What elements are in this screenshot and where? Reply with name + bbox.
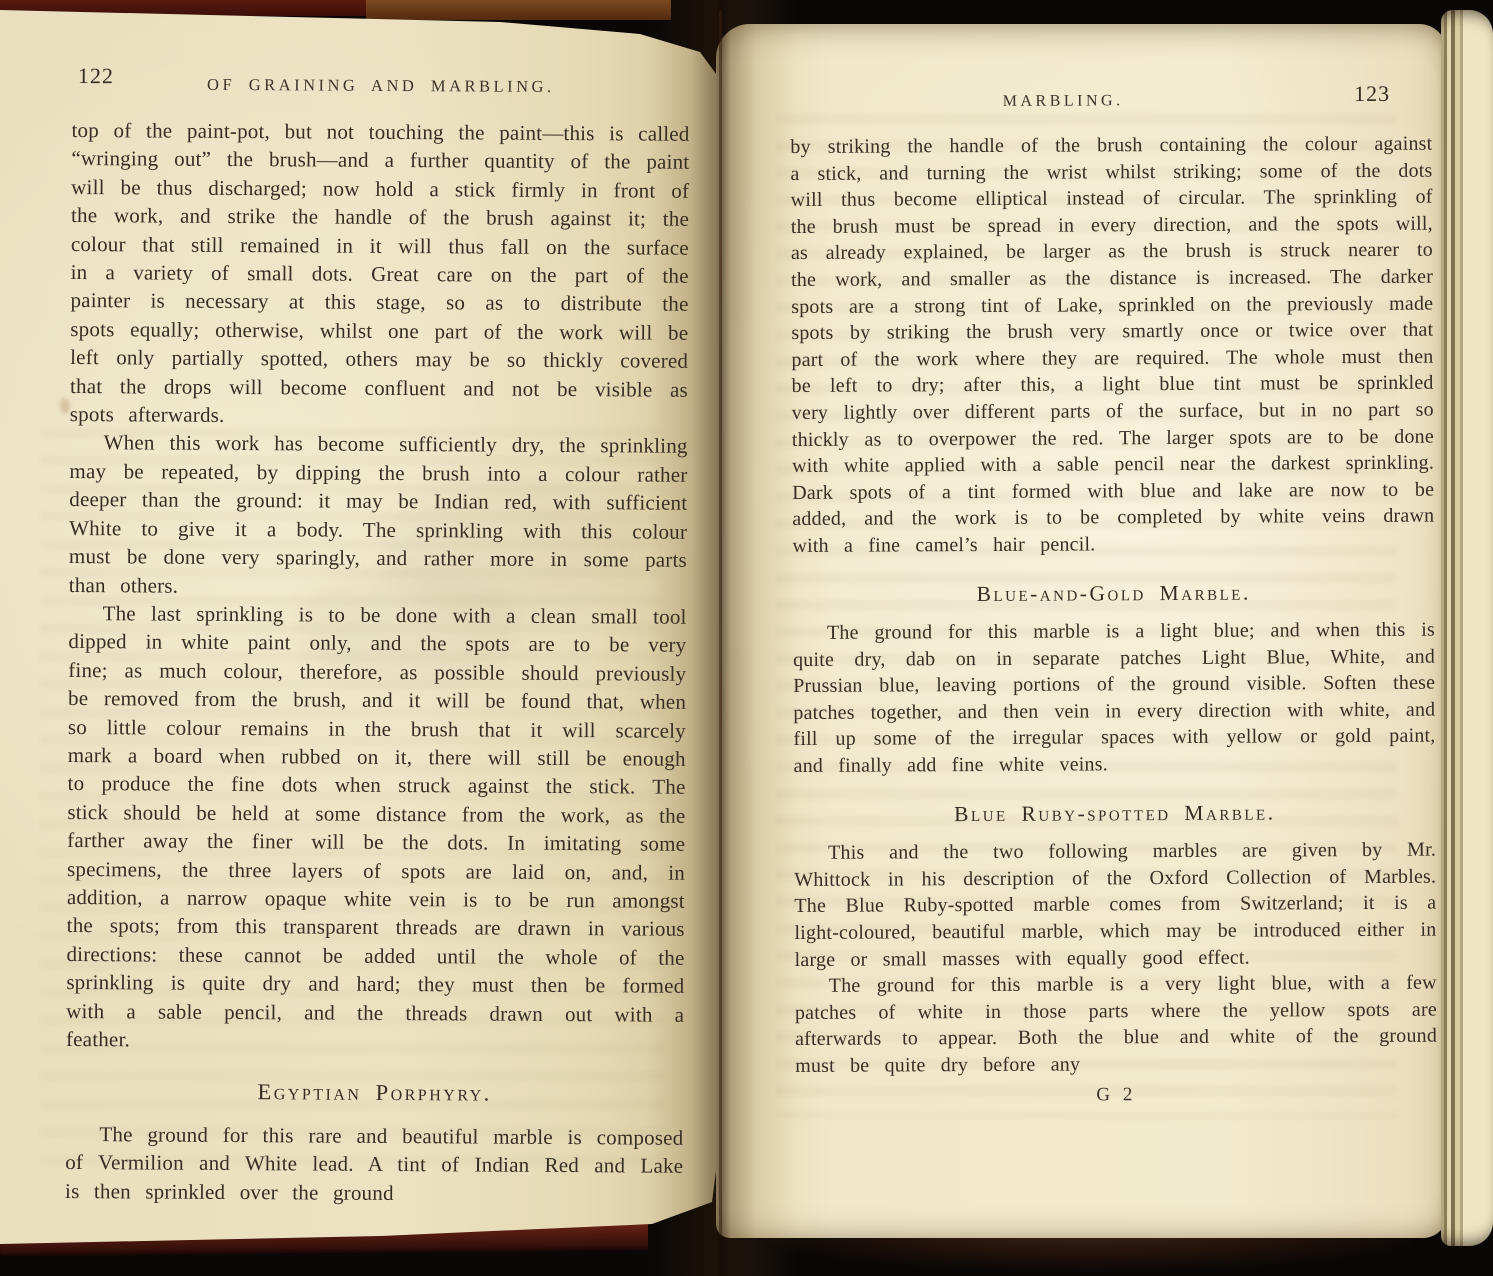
paragraph: The ground for this marble is a light bl… [793,617,1436,780]
paragraph: by striking the handle of the brush cont… [790,131,1434,560]
book-gutter-crease [719,10,722,1236]
book-spine-top [366,0,671,20]
section-heading-blue-ruby-spotted-marble: Blue Ruby-spotted Marble. [794,798,1436,828]
paragraph: When this work has become sufficiently d… [69,428,688,602]
left-page-text: 122 OF GRAINING AND MARBLING. top of the… [65,58,690,1209]
left-page: 122 OF GRAINING AND MARBLING. top of the… [0,8,722,1248]
open-book-photo: 122 OF GRAINING AND MARBLING. top of the… [0,0,1493,1276]
fore-edge-page-stack [1441,10,1493,1246]
left-running-header: OF GRAINING AND MARBLING. [72,58,690,102]
section-heading-blue-and-gold-marble: Blue-and-Gold Marble. [793,578,1435,608]
right-page-number: 123 [1354,81,1390,108]
right-page: MARBLING. 123 by striking the handle of … [716,24,1447,1238]
paragraph: The last sprinkling is to be done with a… [66,599,687,1057]
left-page-header: 122 OF GRAINING AND MARBLING. [72,58,690,106]
printer-signature-mark: G 2 [795,1080,1437,1110]
paragraph: The ground for this rare and beautiful m… [65,1120,684,1209]
right-page-header: MARBLING. 123 [790,73,1432,120]
paper-blemish [60,398,70,414]
right-running-header: MARBLING. [742,73,1384,117]
left-page-number: 122 [78,62,114,91]
paragraph: The ground for this marble is a very lig… [795,970,1438,1080]
section-heading-egyptian-porphyry: Egyptian Porphyry. [66,1077,684,1109]
paragraph: top of the paint-pot, but not touching t… [70,116,690,432]
right-page-text: MARBLING. 123 by striking the handle of … [790,73,1437,1111]
paragraph: This and the two following marbles are g… [794,837,1437,973]
